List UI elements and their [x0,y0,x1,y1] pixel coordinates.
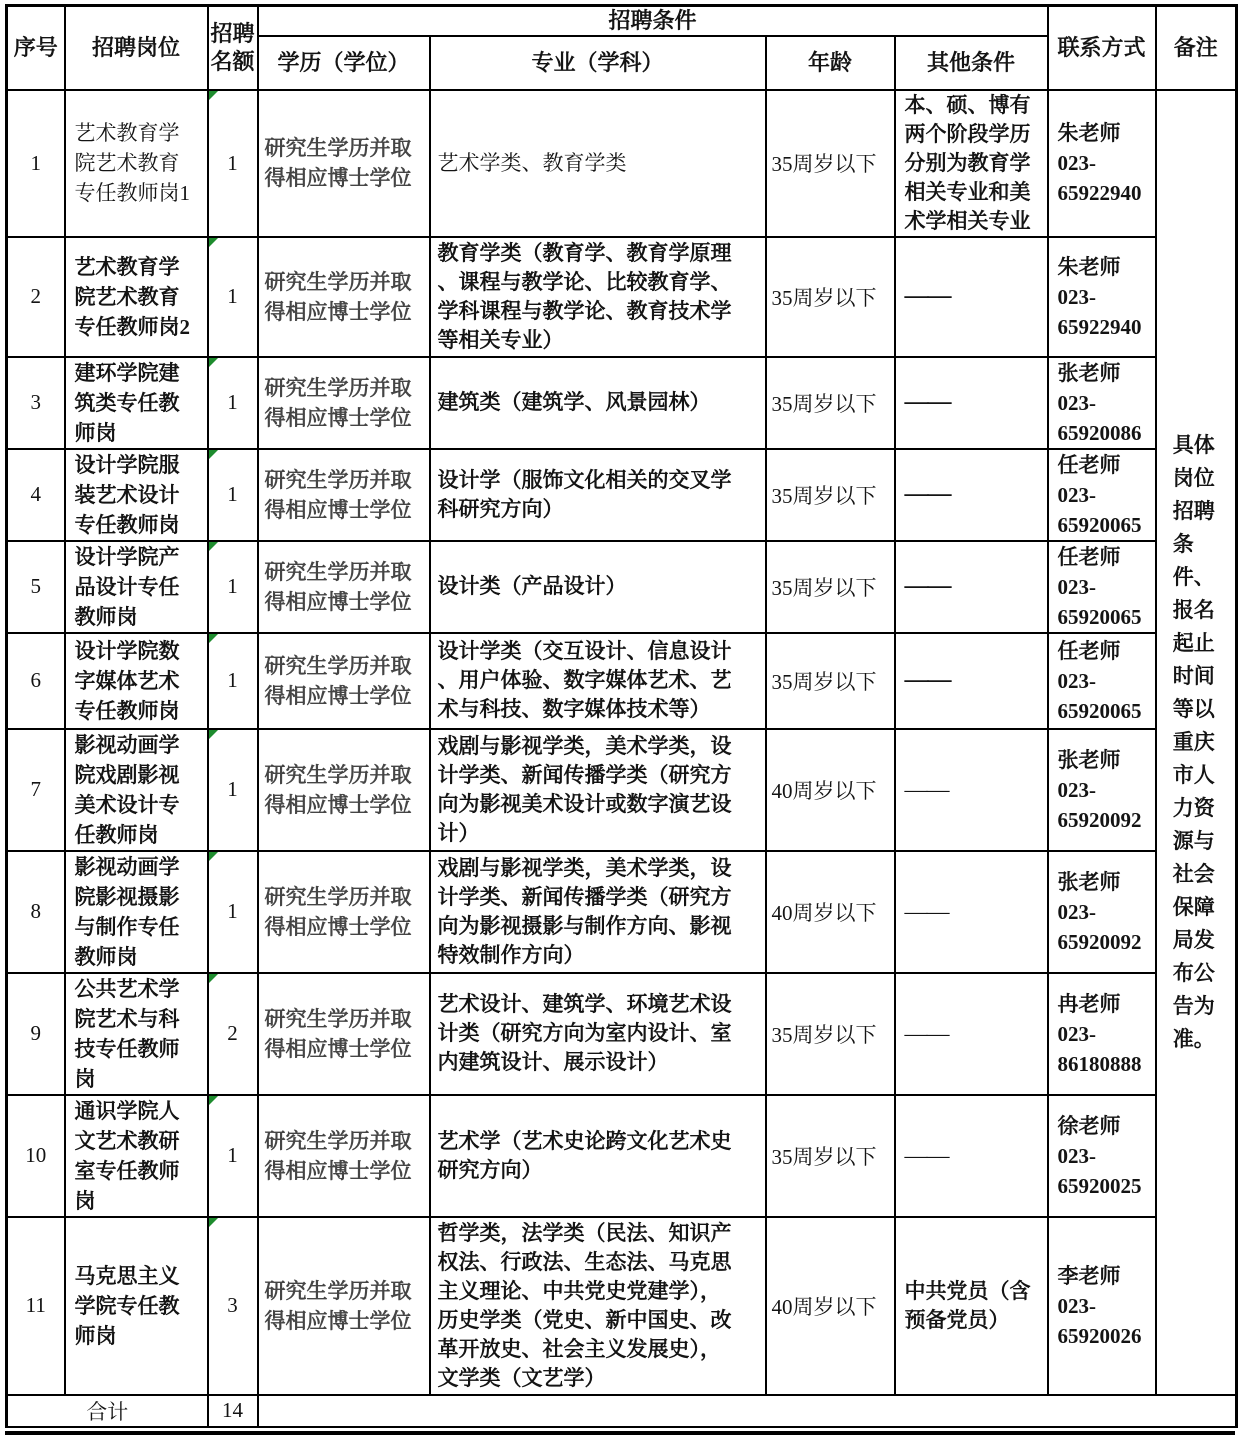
education-cell: 研究生学历并取 得相应博士学位 [258,1217,430,1395]
major-cell: 戏剧与影视学类，美术学类，设 计学类、新闻传播学类（研究方 向为影视摄影与制作方… [430,851,766,973]
contact-cell: 任老师 023- 65920065 [1048,633,1156,729]
header-no: 序号 [7,6,65,90]
table-row: 4 设计学院服 装艺术设计 专任教师岗 1 研究生学历并取 得相应博士学位 设计… [7,449,1237,541]
other-cell: 中共党员（含 预备党员） [895,1217,1048,1395]
major-cell: 建筑类（建筑学、风景园林） [430,357,766,449]
excel-flag-icon [209,852,218,861]
recruitment-table: 序号 招聘岗位 招聘 名额 招聘条件 联系方式 备注 学历（学位） 专业（学科）… [5,4,1238,1428]
table-row: 7 影视动画学 院戏剧影视 美术设计专 任教师岗 1 研究生学历并取 得相应博士… [7,729,1237,851]
age-cell: 40周岁以下 [766,1217,895,1395]
header-age: 年龄 [766,36,895,90]
no-cell: 5 [7,541,65,633]
education-cell: 研究生学历并取 得相应博士学位 [258,90,430,237]
position-cell: 设计学院服 装艺术设计 专任教师岗 [65,449,208,541]
education-cell: 研究生学历并取 得相应博士学位 [258,729,430,851]
major-cell: 设计学类（交互设计、信息设计 、用户体验、数字媒体艺术、艺 术与科技、数字媒体技… [430,633,766,729]
excel-flag-icon [209,542,218,551]
table-row: 5 设计学院产 品设计专任 教师岗 1 研究生学历并取 得相应博士学位 设计类（… [7,541,1237,633]
no-cell: 4 [7,449,65,541]
education-cell: 研究生学历并取 得相应博士学位 [258,851,430,973]
no-cell: 1 [7,90,65,237]
major-cell: 设计类（产品设计） [430,541,766,633]
education-cell: 研究生学历并取 得相应博士学位 [258,1095,430,1217]
position-cell: 影视动画学 院戏剧影视 美术设计专 任教师岗 [65,729,208,851]
recruitment-table-sheet: 序号 招聘岗位 招聘 名额 招聘条件 联系方式 备注 学历（学位） 专业（学科）… [0,0,1240,1435]
major-cell: 戏剧与影视学类，美术学类，设 计学类、新闻传播学类（研究方 向为影视美术设计或数… [430,729,766,851]
position-cell: 艺术教育学 院艺术教育 专任教师岗2 [65,237,208,357]
total-row: 合计 14 [7,1395,1237,1427]
other-cell: —— [895,973,1048,1095]
age-cell: 35周岁以下 [766,357,895,449]
contact-cell: 冉老师 023- 86180888 [1048,973,1156,1095]
position-cell: 建环学院建 筑类专任教 师岗 [65,357,208,449]
age-cell: 35周岁以下 [766,633,895,729]
empty-cell [258,1395,1237,1427]
no-cell: 7 [7,729,65,851]
table-row: 9 公共艺术学 院艺术与科 技专任教师 岗 2 研究生学历并取 得相应博士学位 … [7,973,1237,1095]
quota-cell: 1 [208,357,258,449]
age-cell: 35周岁以下 [766,449,895,541]
no-cell: 2 [7,237,65,357]
table-row: 1 艺术教育学 院艺术教育 专任教师岗1 1 研究生学历并取 得相应博士学位 艺… [7,90,1237,237]
remark-text: 具体岗位招聘条件、报名起止时间等以重庆市人力资源与社会保障局发布公告为准。 [1173,429,1219,1056]
table-row: 2 艺术教育学 院艺术教育 专任教师岗2 1 研究生学历并取 得相应博士学位 教… [7,237,1237,357]
no-cell: 9 [7,973,65,1095]
other-cell: —— [895,449,1048,541]
quota-value: 1 [227,668,238,692]
quota-value: 1 [227,284,238,308]
other-cell: —— [895,237,1048,357]
position-cell: 设计学院产 品设计专任 教师岗 [65,541,208,633]
other-cell: —— [895,729,1048,851]
total-quota-cell: 14 [208,1395,258,1427]
quota-cell: 3 [208,1217,258,1395]
age-cell: 35周岁以下 [766,237,895,357]
contact-cell: 朱老师 023- 65922940 [1048,237,1156,357]
position-cell: 通识学院人 文艺术教研 室专任教师 岗 [65,1095,208,1217]
table-row: 10 通识学院人 文艺术教研 室专任教师 岗 1 研究生学历并取 得相应博士学位… [7,1095,1237,1217]
no-cell: 11 [7,1217,65,1395]
contact-cell: 徐老师 023- 65920025 [1048,1095,1156,1217]
table-row: 11 马克思主义 学院专任教 师岗 3 研究生学历并取 得相应博士学位 哲学类，… [7,1217,1237,1395]
quota-value: 1 [227,482,238,506]
quota-cell: 1 [208,449,258,541]
major-cell: 哲学类，法学类（民法、知识产 权法、行政法、生态法、马克思 主义理论、中共党史党… [430,1217,766,1395]
major-cell: 教育学类（教育学、教育学原理 、课程与教学论、比较教育学、 学科课程与教学论、教… [430,237,766,357]
header-education: 学历（学位） [258,36,430,90]
quota-cell: 1 [208,541,258,633]
contact-cell: 任老师 023- 65920065 [1048,541,1156,633]
header-remark: 备注 [1156,6,1237,90]
position-cell: 马克思主义 学院专任教 师岗 [65,1217,208,1395]
header-other: 其他条件 [895,36,1048,90]
other-cell: —— [895,541,1048,633]
no-cell: 8 [7,851,65,973]
position-cell: 设计学院数 字媒体艺术 专任教师岗 [65,633,208,729]
other-cell: —— [895,1095,1048,1217]
contact-cell: 张老师 023- 65920092 [1048,729,1156,851]
no-cell: 3 [7,357,65,449]
header-position: 招聘岗位 [65,6,208,90]
quota-value: 1 [227,390,238,414]
excel-flag-icon [209,450,218,459]
contact-cell: 张老师 023- 65920092 [1048,851,1156,973]
no-cell: 10 [7,1095,65,1217]
excel-flag-icon [209,358,218,367]
major-cell: 设计学（服饰文化相关的交叉学 科研究方向） [430,449,766,541]
age-cell: 40周岁以下 [766,851,895,973]
other-cell: —— [895,851,1048,973]
contact-cell: 张老师 023- 65920086 [1048,357,1156,449]
no-cell: 6 [7,633,65,729]
age-cell: 40周岁以下 [766,729,895,851]
table-row: 3 建环学院建 筑类专任教 师岗 1 研究生学历并取 得相应博士学位 建筑类（建… [7,357,1237,449]
contact-cell: 朱老师 023- 65922940 [1048,90,1156,237]
quota-value: 1 [227,151,238,175]
quota-value: 1 [227,1143,238,1167]
header-row-top: 序号 招聘岗位 招聘 名额 招聘条件 联系方式 备注 [7,6,1237,36]
quota-value: 1 [227,899,238,923]
education-cell: 研究生学历并取 得相应博士学位 [258,449,430,541]
table-row: 6 设计学院数 字媒体艺术 专任教师岗 1 研究生学历并取 得相应博士学位 设计… [7,633,1237,729]
age-cell: 35周岁以下 [766,90,895,237]
age-cell: 35周岁以下 [766,1095,895,1217]
other-cell: —— [895,357,1048,449]
education-cell: 研究生学历并取 得相应博士学位 [258,633,430,729]
major-cell: 艺术学类、教育学类 [430,90,766,237]
quota-value: 1 [227,777,238,801]
table-row: 8 影视动画学 院影视摄影 与制作专任 教师岗 1 研究生学历并取 得相应博士学… [7,851,1237,973]
quota-cell: 1 [208,237,258,357]
contact-cell: 李老师 023- 65920026 [1048,1217,1156,1395]
quota-cell: 1 [208,729,258,851]
quota-cell: 1 [208,90,258,237]
education-cell: 研究生学历并取 得相应博士学位 [258,357,430,449]
age-cell: 35周岁以下 [766,541,895,633]
quota-cell: 1 [208,1095,258,1217]
position-cell: 影视动画学 院影视摄影 与制作专任 教师岗 [65,851,208,973]
remark-cell: 具体岗位招聘条件、报名起止时间等以重庆市人力资源与社会保障局发布公告为准。 [1156,90,1237,1395]
bottom-rule [5,1431,1235,1435]
major-cell: 艺术学（艺术史论跨文化艺术史 研究方向） [430,1095,766,1217]
quota-value: 1 [227,574,238,598]
age-cell: 35周岁以下 [766,973,895,1095]
quota-cell: 2 [208,973,258,1095]
contact-cell: 任老师 023- 65920065 [1048,449,1156,541]
header-major: 专业（学科） [430,36,766,90]
quota-value: 2 [227,1021,238,1045]
quota-cell: 1 [208,851,258,973]
excel-flag-icon [209,1218,218,1227]
education-cell: 研究生学历并取 得相应博士学位 [258,541,430,633]
position-cell: 公共艺术学 院艺术与科 技专任教师 岗 [65,973,208,1095]
excel-flag-icon [209,91,218,100]
other-cell: 本、硕、博有 两个阶段学历 分别为教育学 相关专业和美 术学相关专业 [895,90,1048,237]
excel-flag-icon [209,1096,218,1105]
excel-flag-icon [209,730,218,739]
major-cell: 艺术设计、建筑学、环境艺术设 计类（研究方向为室内设计、室 内建筑设计、展示设计… [430,973,766,1095]
header-contact: 联系方式 [1048,6,1156,90]
education-cell: 研究生学历并取 得相应博士学位 [258,237,430,357]
excel-flag-icon [209,974,218,983]
header-quota: 招聘 名额 [208,6,258,90]
total-label-cell: 合计 [7,1395,208,1427]
position-cell: 艺术教育学 院艺术教育 专任教师岗1 [65,90,208,237]
other-cell: —— [895,633,1048,729]
excel-flag-icon [209,238,218,247]
education-cell: 研究生学历并取 得相应博士学位 [258,973,430,1095]
quota-cell: 1 [208,633,258,729]
excel-flag-icon [209,634,218,643]
quota-value: 3 [227,1293,238,1317]
header-conditions: 招聘条件 [258,6,1048,36]
